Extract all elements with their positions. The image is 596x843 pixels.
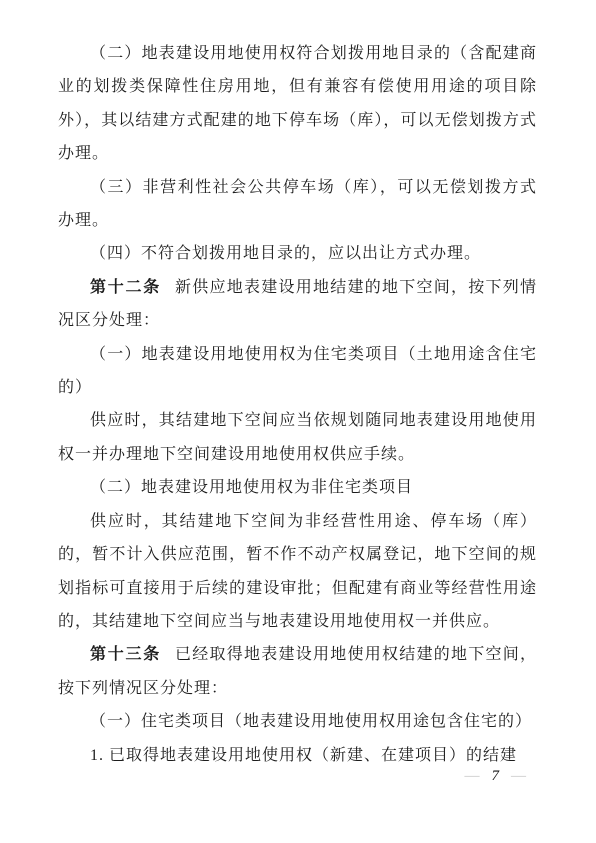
document-text-block: （二）地表建设用地使用权符合划拨用地目录的（含配建商业的划拨类保障性住房用地，但… [58,37,537,772]
paragraph-item-3: （三）非营利性社会公共停车场（库），可以无偿划拨方式办理。 [58,171,537,238]
paragraph-text: （四）不符合划拨用地目录的，应以出让方式办理。 [90,245,481,262]
paragraph-article-12-item-1-body: 供应时，其结建地下空间应当依规划随同地表建设用地使用权一并办理地下空间建设用地使… [58,404,537,471]
article-12-heading: 第十二条 [90,279,161,296]
paragraph-text: 1. 已取得地表建设用地使用权（新建、在建项目）的结建 [90,747,517,764]
paragraph-article-12-item-2: （二）地表建设用地使用权为非住宅类项目 [58,471,537,504]
page-number: 7 [492,768,500,785]
paragraph-article-13-point-1: 1. 已取得地表建设用地使用权（新建、在建项目）的结建 [58,739,537,772]
paragraph-article-12-item-2-body: 供应时，其结建地下空间为非经营性用途、停车场（库）的，暂不计入供应范围，暂不作不… [58,505,537,639]
paragraph-text: （三）非营利性社会公共停车场（库），可以无偿划拨方式办理。 [58,179,537,229]
page-number-left-dash: — [465,768,480,785]
paragraph-article-12-item-1: （一）地表建设用地使用权为住宅类项目（土地用途含住宅的） [58,338,537,405]
paragraph-text: 供应时，其结建地下空间为非经营性用途、停车场（库）的，暂不计入供应范围，暂不作不… [58,513,537,630]
document-page: （二）地表建设用地使用权符合划拨用地目录的（含配建商业的划拨类保障性住房用地，但… [0,0,596,843]
article-13-heading: 第十三条 [90,646,161,663]
page-number-right-dash: — [511,768,526,785]
paragraph-item-4: （四）不符合划拨用地目录的，应以出让方式办理。 [58,237,537,270]
paragraph-article-12: 第十二条新供应地表建设用地结建的地下空间，按下列情况区分处理： [58,271,537,338]
paragraph-article-13-item-1: （一）住宅类项目（地表建设用地使用权用途包含住宅的） [58,705,537,738]
paragraph-text: （一）住宅类项目（地表建设用地使用权用途包含住宅的） [90,713,532,730]
paragraph-text: （一）地表建设用地使用权为住宅类项目（土地用途含住宅的） [58,346,537,396]
paragraph-item-2: （二）地表建设用地使用权符合划拨用地目录的（含配建商业的划拨类保障性住房用地，但… [58,37,537,171]
paragraph-text: （二）地表建设用地使用权为非住宅类项目 [90,479,413,496]
paragraph-text: 供应时，其结建地下空间应当依规划随同地表建设用地使用权一并办理地下空间建设用地使… [58,412,537,462]
paragraph-text: （二）地表建设用地使用权符合划拨用地目录的（含配建商业的划拨类保障性住房用地，但… [58,45,537,162]
paragraph-article-13: 第十三条已经取得地表建设用地使用权结建的地下空间，按下列情况区分处理： [58,638,537,705]
page-number-footer: — 7 — [465,768,527,785]
